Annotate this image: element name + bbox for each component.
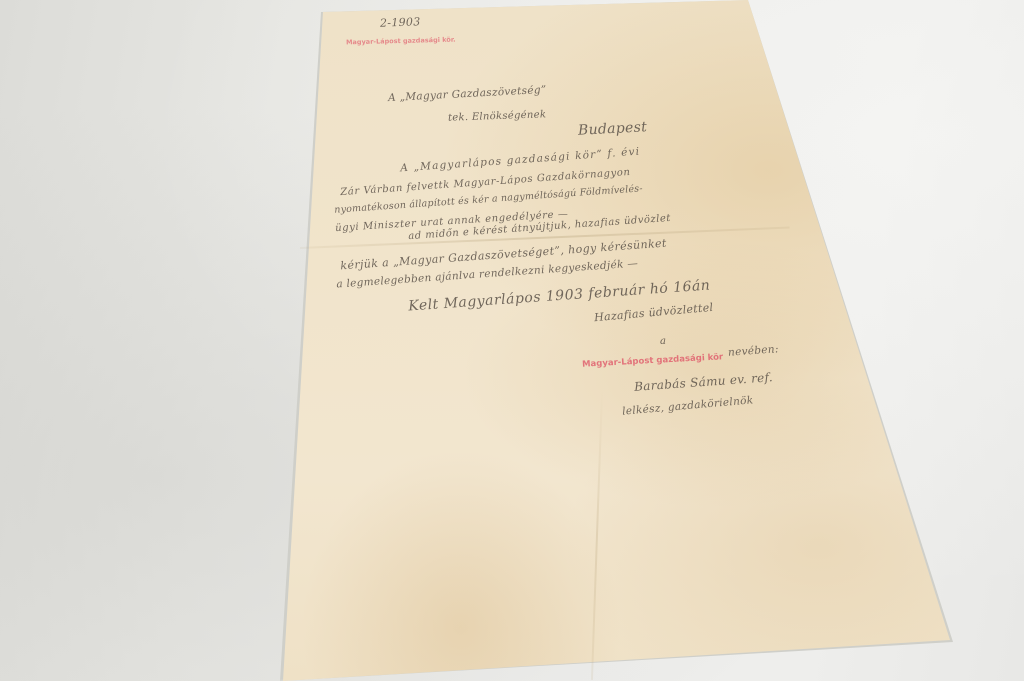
reference-number: 2-1903	[380, 15, 421, 29]
closing-article: a	[660, 336, 666, 347]
